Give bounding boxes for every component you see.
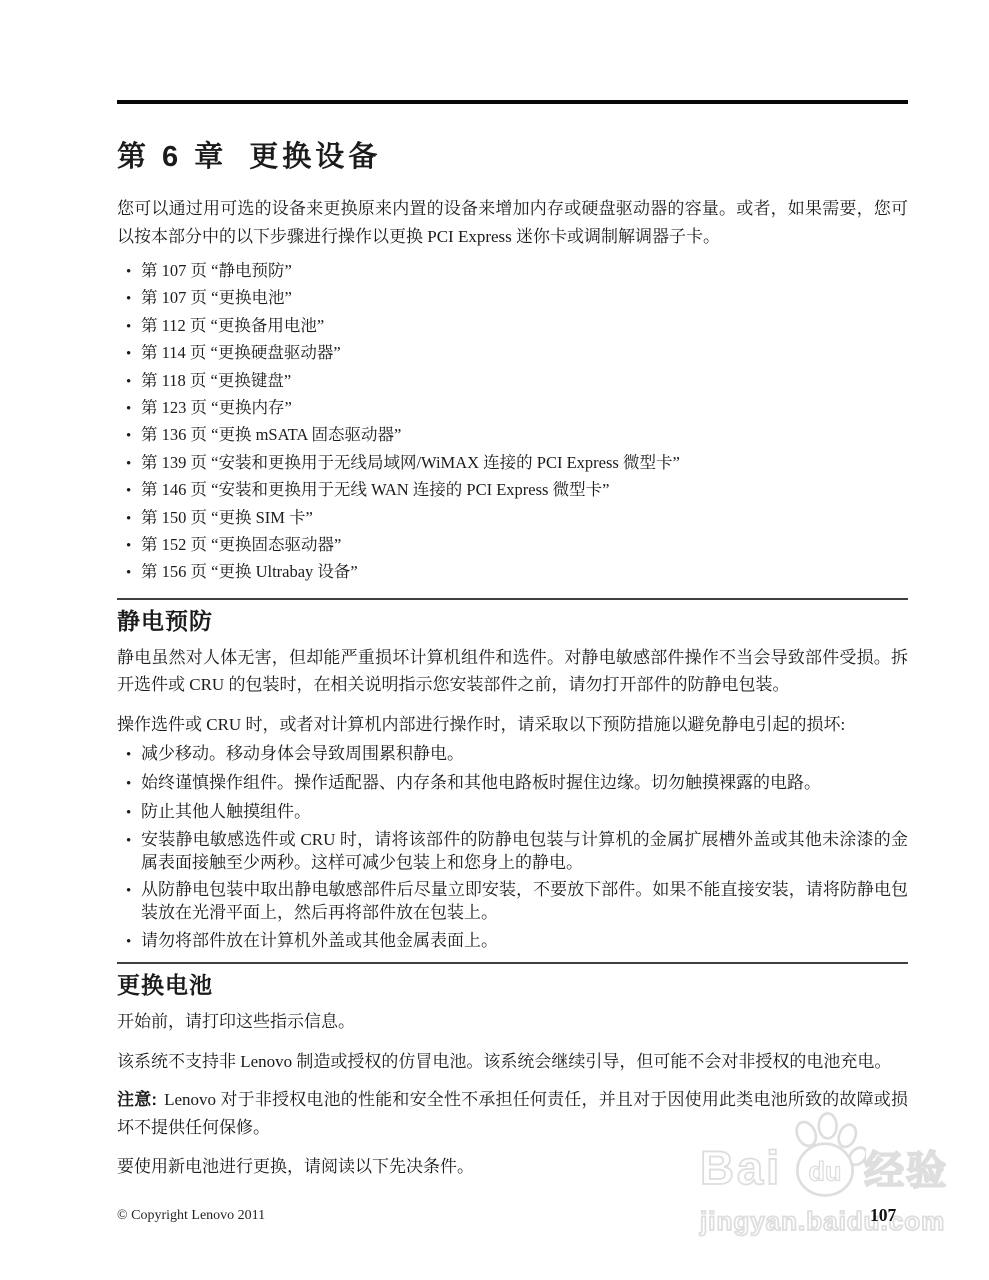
- toc-item: •第 123 页 “更换内存”: [117, 395, 908, 422]
- toc-item: •第 118 页 “更换键盘”: [117, 368, 908, 395]
- bullet-icon: •: [126, 315, 141, 340]
- toc-item-text: 第 146 页 “安装和更换用于无线 WAN 连接的 PCI Express 微…: [141, 477, 908, 502]
- toc-item: •第 139 页 “安装和更换用于无线局域网/WiMAX 连接的 PCI Exp…: [117, 450, 908, 477]
- toc-item-text: 第 107 页 “静电预防”: [141, 258, 908, 283]
- bullet-icon: •: [126, 397, 141, 422]
- toc-item-text: 第 114 页 “更换硬盘驱动器”: [141, 340, 908, 365]
- page-number: 107: [870, 1205, 896, 1226]
- bullet-icon: •: [126, 452, 141, 477]
- toc-item-text: 第 118 页 “更换键盘”: [141, 368, 908, 393]
- precaution-text: 从防静电包装中取出静电敏感部件后尽量立即安装，不要放下部件。如果不能直接安装，请…: [141, 879, 908, 924]
- bullet-icon: •: [126, 880, 141, 903]
- toc-item: •第 136 页 “更换 mSATA 固态驱动器”: [117, 422, 908, 449]
- manual-page: 第 6 章 更换设备 您可以通过用可选的设备来更换原来内置的设备来增加内存或硬盘…: [0, 0, 989, 1280]
- note-label: 注意:: [117, 1090, 157, 1109]
- page-content: 第 6 章 更换设备 您可以通过用可选的设备来更换原来内置的设备来增加内存或硬盘…: [117, 0, 908, 1181]
- bullet-icon: •: [126, 744, 141, 767]
- battery-paragraph-1: 开始前，请打印这些指示信息。: [117, 1008, 908, 1036]
- bullet-icon: •: [126, 534, 141, 559]
- precaution-text: 请勿将部件放在计算机外盖或其他金属表面上。: [141, 930, 908, 953]
- toc-item: •第 114 页 “更换硬盘驱动器”: [117, 340, 908, 367]
- bullet-icon: •: [126, 370, 141, 395]
- toc-item-text: 第 139 页 “安装和更换用于无线局域网/WiMAX 连接的 PCI Expr…: [141, 450, 908, 475]
- paw-du-text: du: [809, 1156, 842, 1186]
- precaution-item: •从防静电包装中取出静电敏感部件后尽量立即安装，不要放下部件。如果不能直接安装，…: [117, 879, 908, 924]
- esd-paragraph-1: 静电虽然对人体无害，但却能严重损坏计算机组件和选件。对静电敏感部件操作不当会导致…: [117, 644, 908, 699]
- precaution-item: •减少移动。移动身体会导致周围累积静电。: [117, 743, 908, 767]
- toc-item: •第 107 页 “更换电池”: [117, 285, 908, 312]
- section-rule: [117, 962, 908, 964]
- precaution-item: •防止其他人触摸组件。: [117, 801, 908, 825]
- chapter-number: 第 6 章: [117, 140, 227, 174]
- precaution-item: •始终谨慎操作组件。操作适配器、内存条和其他电路板时握住边缘。切勿触摸裸露的电路…: [117, 772, 908, 796]
- toc-item: •第 146 页 “安装和更换用于无线 WAN 连接的 PCI Express …: [117, 477, 908, 504]
- bullet-icon: •: [126, 830, 141, 853]
- chapter-heading: 第 6 章 更换设备: [117, 140, 908, 174]
- toc-item: •第 152 页 “更换固态驱动器”: [117, 532, 908, 559]
- precaution-item: •安装静电敏感选件或 CRU 时，请将该部件的防静电包装与计算机的金属扩展槽外盖…: [117, 829, 908, 874]
- bullet-icon: •: [126, 507, 141, 532]
- chapter-top-rule: [117, 100, 908, 104]
- watermark-url: jingyan.baidu.com: [700, 1206, 948, 1237]
- toc-item-text: 第 123 页 “更换内存”: [141, 395, 908, 420]
- bullet-icon: •: [126, 342, 141, 367]
- bullet-icon: •: [126, 260, 141, 285]
- toc-item: •第 112 页 “更换备用电池”: [117, 313, 908, 340]
- toc-item-text: 第 156 页 “更换 Ultrabay 设备”: [141, 559, 908, 584]
- precaution-text: 始终谨慎操作组件。操作适配器、内存条和其他电路板时握住边缘。切勿触摸裸露的电路。: [141, 772, 908, 795]
- watermark-logo-row: Bai du 经验: [700, 1126, 948, 1208]
- bullet-icon: •: [126, 287, 141, 312]
- battery-paragraph-2: 该系统不支持非 Lenovo 制造或授权的仿冒电池。该系统会继续引导，但可能不会…: [117, 1048, 908, 1076]
- toc-item-text: 第 150 页 “更换 SIM 卡”: [141, 505, 908, 530]
- precaution-list: •减少移动。移动身体会导致周围累积静电。 •始终谨慎操作组件。操作适配器、内存条…: [117, 743, 908, 953]
- toc-item: •第 156 页 “更换 Ultrabay 设备”: [117, 559, 908, 586]
- section-rule: [117, 598, 908, 600]
- bullet-icon: •: [126, 773, 141, 796]
- footer-copyright: © Copyright Lenovo 2011: [117, 1207, 265, 1225]
- chapter-title: 更换设备: [249, 140, 381, 174]
- toc-item-text: 第 152 页 “更换固态驱动器”: [141, 532, 908, 557]
- baidu-paw-icon: du: [784, 1112, 866, 1204]
- precaution-text: 防止其他人触摸组件。: [141, 801, 908, 824]
- bullet-icon: •: [126, 479, 141, 504]
- toc-item: •第 107 页 “静电预防”: [117, 258, 908, 285]
- precaution-text: 减少移动。移动身体会导致周围累积静电。: [141, 743, 908, 766]
- toc-item: •第 150 页 “更换 SIM 卡”: [117, 505, 908, 532]
- battery-section-heading: 更换电池: [117, 970, 908, 1000]
- bullet-icon: •: [126, 931, 141, 954]
- intro-paragraph: 您可以通过用可选的设备来更换原来内置的设备来增加内存或硬盘驱动器的容量。或者，如…: [117, 195, 908, 250]
- baidu-logo-text: Bai: [700, 1140, 782, 1195]
- esd-section-heading: 静电预防: [117, 606, 908, 636]
- baidu-jingyan-watermark: Bai du 经验 jingyan.baidu.com: [700, 1126, 948, 1237]
- precaution-item: •请勿将部件放在计算机外盖或其他金属表面上。: [117, 930, 908, 954]
- bullet-icon: •: [126, 802, 141, 825]
- bullet-icon: •: [126, 561, 141, 586]
- precaution-text: 安装静电敏感选件或 CRU 时，请将该部件的防静电包装与计算机的金属扩展槽外盖或…: [141, 829, 908, 874]
- toc-item-text: 第 112 页 “更换备用电池”: [141, 313, 908, 338]
- toc-item-text: 第 136 页 “更换 mSATA 固态驱动器”: [141, 422, 908, 447]
- bullet-icon: •: [126, 424, 141, 449]
- esd-paragraph-2: 操作选件或 CRU 时，或者对计算机内部进行操作时，请采取以下预防措施以避免静电…: [117, 711, 908, 739]
- toc-list: •第 107 页 “静电预防” •第 107 页 “更换电池” •第 112 页…: [117, 258, 908, 587]
- toc-item-text: 第 107 页 “更换电池”: [141, 285, 908, 310]
- jingyan-brand-text: 经验: [864, 1139, 948, 1196]
